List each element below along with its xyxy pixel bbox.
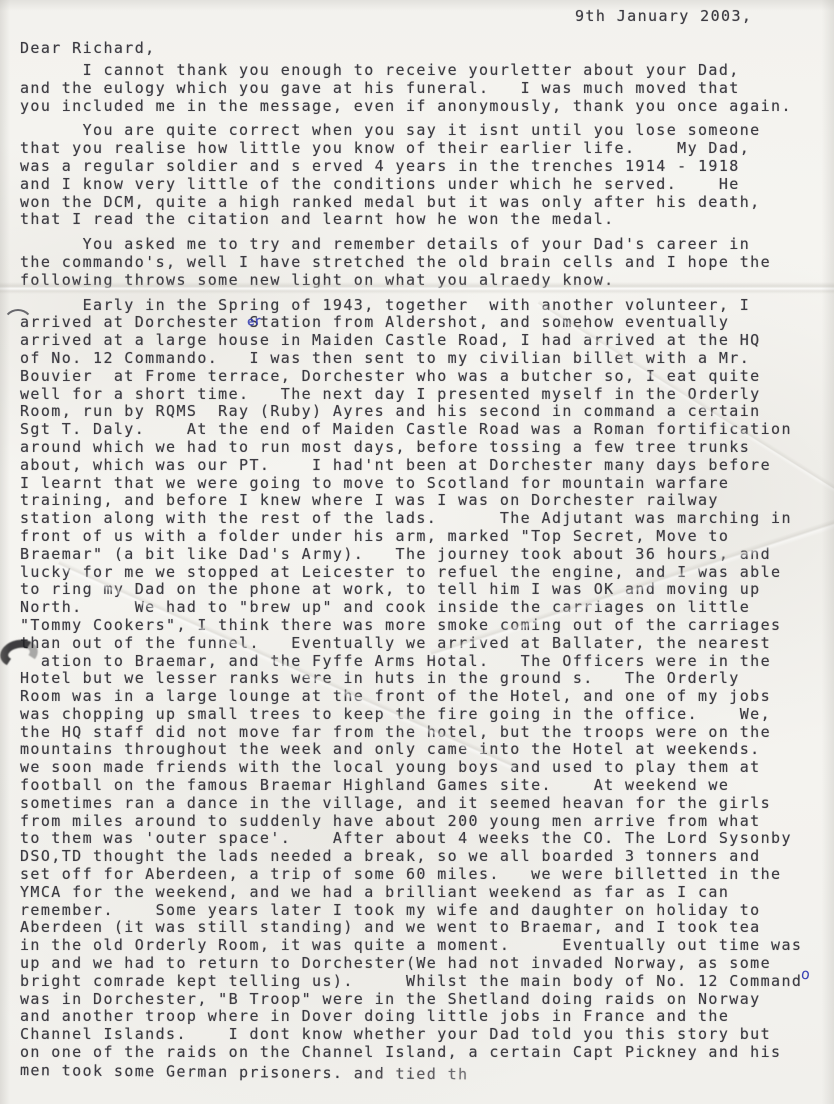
letter-paragraph: Early in the Spring of 1943, together wi… bbox=[20, 297, 820, 1080]
letter-line: we soon made friends with the local youn… bbox=[20, 759, 820, 777]
letter-salutation: Dear Richard, bbox=[20, 40, 156, 58]
letter-paragraph: I cannot thank you enough to receive you… bbox=[20, 62, 820, 115]
letter-line: men took some German prisoners. and tied… bbox=[20, 1062, 820, 1087]
letter-date: 9th January 2003, bbox=[575, 8, 752, 26]
letter-line: around which we had to run most days, be… bbox=[20, 439, 820, 457]
letter-line: Hotel but we lesser ranks were in huts i… bbox=[20, 670, 820, 688]
letter-line: the HQ staff did not move far from the h… bbox=[20, 724, 820, 742]
letter-paragraph: You asked me to try and remember details… bbox=[20, 236, 820, 289]
letter-line: won the DCM, quite a high ranked medal b… bbox=[20, 194, 820, 212]
letter-body: I cannot thank you enough to receive you… bbox=[20, 62, 820, 1087]
letter-line: You are quite correct when you say it is… bbox=[20, 122, 820, 140]
letter-line: the commando's, well I have stretched th… bbox=[20, 254, 820, 272]
letter-line: ation to Braemar, and the Fyffe Arms Hot… bbox=[20, 653, 820, 671]
letter-line: station along with the rest of the lads.… bbox=[20, 510, 820, 528]
letter-line: Early in the Spring of 1943, together wi… bbox=[20, 297, 820, 315]
letter-line: Room, run by RQMS Ray (Ruby) Ayres and h… bbox=[20, 403, 820, 421]
letter-line: Bouvier at Frome terrace, Dorchester who… bbox=[20, 368, 820, 386]
letter-line: Channel Islands. I dont know whether you… bbox=[20, 1026, 820, 1044]
letter-line: football on the famous Braemar Highland … bbox=[20, 777, 820, 795]
letter-line: that I read the citation and learnt how … bbox=[20, 211, 820, 229]
letter-line: about, which was our PT. I had'nt been a… bbox=[20, 457, 820, 475]
letter-line: on one of the raids on the Channel Islan… bbox=[20, 1044, 820, 1062]
letter-line: sometimes ran a dance in the village, an… bbox=[20, 795, 820, 813]
letter-line: was in Dorchester, "B Troop" were in the… bbox=[20, 991, 820, 1009]
letter-line: following throws some new light on what … bbox=[20, 272, 820, 290]
letter-line: was chopping up small trees to keep the … bbox=[20, 706, 820, 724]
letter-line: to them was 'outer space'. After about 4… bbox=[20, 830, 820, 848]
letter-line: DSO,TD thought the lads needed a break, … bbox=[20, 848, 820, 866]
letter-line: well for a short time. The next day I pr… bbox=[20, 386, 820, 404]
letter-line: you included me in the message, even if … bbox=[20, 98, 820, 116]
letter-line: Aberdeen (it was still standing) and we … bbox=[20, 919, 820, 937]
letter-line: was a regular soldier and s erved 4 year… bbox=[20, 158, 820, 176]
letter-line: than out of the funnel. Eventually we ar… bbox=[20, 635, 820, 653]
letter-line: front of us with a folder under his arm,… bbox=[20, 528, 820, 546]
letter-line: You asked me to try and remember details… bbox=[20, 236, 820, 254]
handwritten-correction: er bbox=[246, 313, 262, 328]
letter-line: I learnt that we were going to move to S… bbox=[20, 475, 820, 493]
letter-line: in the old Orderly Room, it was quite a … bbox=[20, 937, 820, 955]
letter-line: and another troop where in Dover doing l… bbox=[20, 1008, 820, 1026]
letter-line: training, and before I knew where I was … bbox=[20, 492, 820, 510]
letter-line: Braemar" (a bit like Dad's Army). The jo… bbox=[20, 546, 820, 564]
letter-line: arrived at Dorchester Station from Alder… bbox=[20, 314, 820, 332]
letter-page: 9th January 2003, Dear Richard, I cannot… bbox=[0, 0, 834, 1104]
letter-line: to ring my Dad on the phone at work, to … bbox=[20, 581, 820, 599]
letter-line: from miles around to suddenly have about… bbox=[20, 813, 820, 831]
letter-line: mountains throughout the week and only c… bbox=[20, 741, 820, 759]
letter-line: that you realise how little you know of … bbox=[20, 140, 820, 158]
letter-line: arrived at a large house in Maiden Castl… bbox=[20, 332, 820, 350]
letter-line: YMCA for the weekend, and we had a brill… bbox=[20, 884, 820, 902]
letter-line: bright comrade kept telling us). Whilst … bbox=[20, 973, 820, 991]
letter-line: set off for Aberdeen, a trip of some 60 … bbox=[20, 866, 820, 884]
letter-line: remember. Some years later I took my wif… bbox=[20, 902, 820, 920]
letter-paragraph: You are quite correct when you say it is… bbox=[20, 122, 820, 229]
letter-line: North. We had to "brew up" and cook insi… bbox=[20, 599, 820, 617]
letter-line: and I know very little of the conditions… bbox=[20, 176, 820, 194]
letter-line: Sgt T. Daly. At the end of Maiden Castle… bbox=[20, 421, 820, 439]
letter-line: of No. 12 Commando. I was then sent to m… bbox=[20, 350, 820, 368]
letter-line: up and we had to return to Dorchester(We… bbox=[20, 955, 820, 973]
letter-line: Room was in a large lounge at the front … bbox=[20, 688, 820, 706]
letter-line: and the eulogy which you gave at his fun… bbox=[20, 80, 820, 98]
letter-line: lucky for me we stopped at Leicester to … bbox=[20, 564, 820, 582]
letter-line: I cannot thank you enough to receive you… bbox=[20, 62, 820, 80]
letter-line: "Tommy Cookers", I think there was more … bbox=[20, 617, 820, 635]
